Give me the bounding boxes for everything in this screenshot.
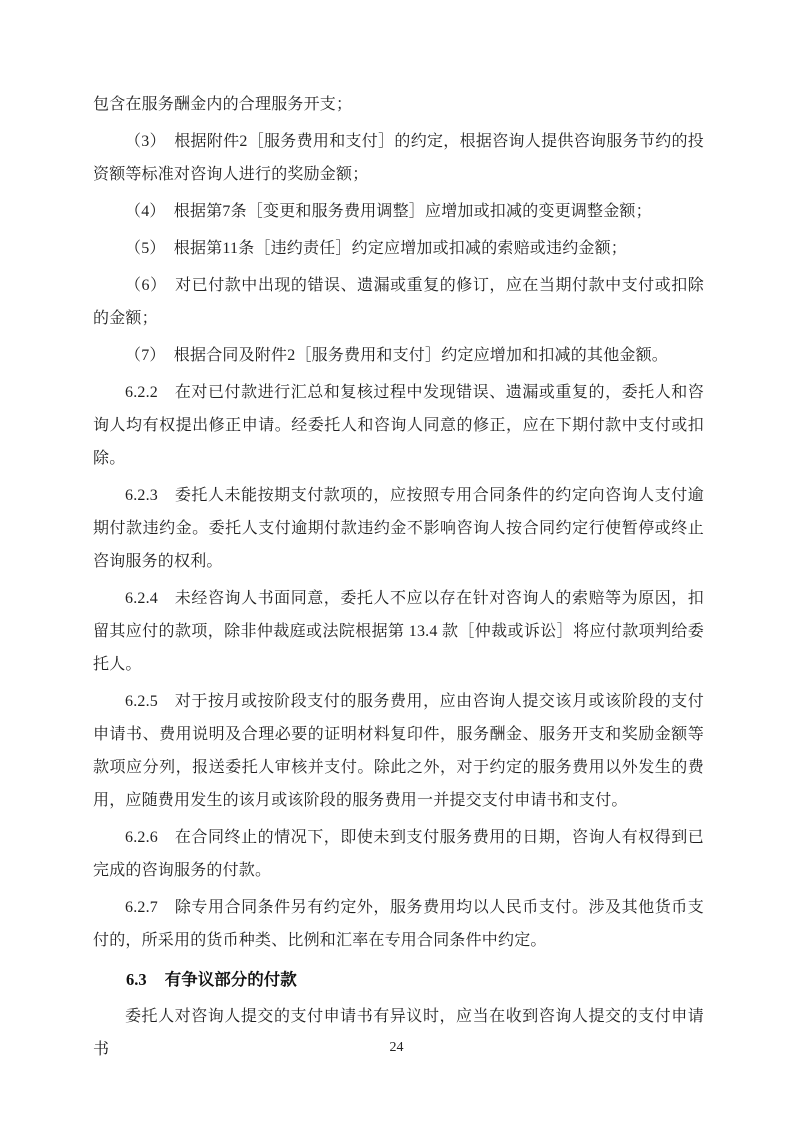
- clause-6-2-5: 6.2.5 对于按月或按阶段支付的服务费用，应由咨询人提交该月或该阶段的支付申请…: [93, 685, 704, 817]
- list-item-6: （6） 对已付款中出现的错误、遗漏或重复的修订，应在当期付款中支付或扣除的金额；: [93, 269, 704, 335]
- paragraph-continuation: 包含在服务酬金内的合理服务开支；: [93, 88, 704, 121]
- document-content: 包含在服务酬金内的合理服务开支； （3） 根据附件2［服务费用和支付］的约定，根…: [93, 88, 704, 1066]
- section-heading-title: 有争议部分的付款: [165, 970, 297, 989]
- list-item-3: （3） 根据附件2［服务费用和支付］的约定，根据咨询人提供咨询服务节约的投资额等…: [93, 125, 704, 191]
- clause-6-2-6: 6.2.6 在合同终止的情况下，即使未到支付服务费用的日期，咨询人有权得到已完成…: [93, 821, 704, 887]
- clause-6-2-2: 6.2.2 在对已付款进行汇总和复核过程中发现错误、遗漏或重复的，委托人和咨询人…: [93, 376, 704, 475]
- list-item-5: （5） 根据第11条［违约责任］约定应增加或扣减的索赔或违约金额；: [93, 232, 704, 265]
- list-item-4: （4） 根据第7条［变更和服务费用调整］应增加或扣减的变更调整金额；: [93, 195, 704, 228]
- clause-6-2-7: 6.2.7 除专用合同条件另有约定外，服务费用均以人民币支付。涉及其他货币支付的…: [93, 891, 704, 957]
- page-footer: 24: [0, 1038, 793, 1058]
- section-heading-6-3: 6.3有争议部分的付款: [93, 963, 704, 996]
- document-page: 包含在服务酬金内的合理服务开支； （3） 根据附件2［服务费用和支付］的约定，根…: [0, 0, 793, 1122]
- clause-6-2-3: 6.2.3 委托人未能按期支付款项的，应按照专用合同条件的约定向咨询人支付逾期付…: [93, 479, 704, 578]
- list-item-7: （7） 根据合同及附件2［服务费用和支付］约定应增加和扣减的其他金额。: [93, 339, 704, 372]
- clause-6-2-4: 6.2.4 未经咨询人书面同意，委托人不应以存在针对咨询人的索赔等为原因，扣留其…: [93, 582, 704, 681]
- page-number: 24: [390, 1040, 404, 1055]
- section-heading-number: 6.3: [126, 970, 147, 989]
